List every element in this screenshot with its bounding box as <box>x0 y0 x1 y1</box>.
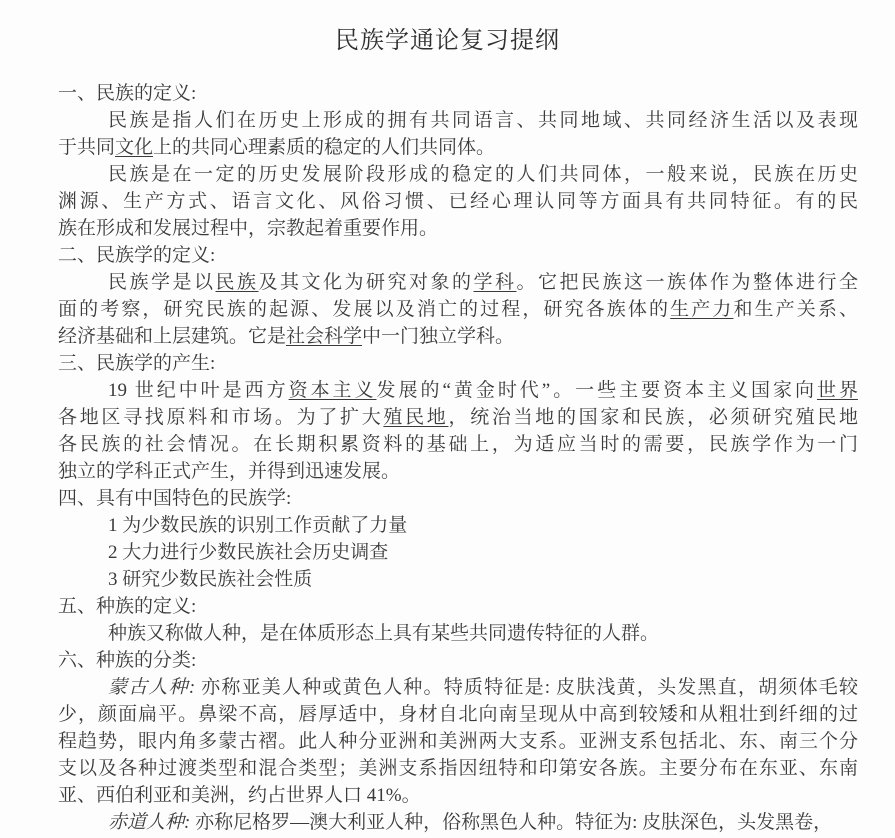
text-line: 种族又称做人种，是在体质形态上具有某些共同遗传特征的人群。 <box>58 620 858 647</box>
text-segment: 种族又称做人种，是在体质形态上具有某些共同遗传特征的人群。 <box>108 623 659 644</box>
text-line: 19 世纪中叶是西方资本主义发展的“黄金时代”。一些主要资本主义国家向世界 <box>58 377 858 404</box>
text-line: 各民族的社会情况。在长期积累资料的基础上，为适应当时的需要，民族学作为一门 <box>58 431 858 458</box>
text-line: 支以及各种过渡类型和混合类型；美洲支系指因纽特和印第安各族。主要分布在东亚、东南 <box>58 755 858 782</box>
text-segment: 独立的学科正式产生，并得到迅速发展。 <box>58 461 400 482</box>
text-segment: 。它把民族这一族体作为整体进行全 <box>516 272 857 293</box>
text-segment: 经济基础和上层建筑。它是 <box>58 326 286 347</box>
text-line: 赤道人种: 亦称尼格罗—澳大利亚人种，俗称黑色人种。特征为: 皮肤深色，头发黑卷… <box>58 809 858 836</box>
underlined-term: 资本主义 <box>289 380 377 401</box>
text-segment: 一、民族的定义: <box>58 83 196 104</box>
text-segment: 3 研究少数民族社会性质 <box>108 569 312 590</box>
text-segment: 及其文化为研究对象的 <box>259 272 474 293</box>
section-heading-line: 三、民族学的产生: <box>58 350 858 377</box>
text-segment: 支以及各种过渡类型和混合类型；美洲支系指因纽特和印第安各族。主要分布在东亚、东南 <box>58 758 858 779</box>
underlined-term: 生产力 <box>670 299 733 320</box>
text-line: 亚、西伯利亚和美洲，约占世界人口 41%。 <box>58 782 858 809</box>
text-segment: 各民族的社会情况。在长期积累资料的基础上，为适应当时的需要，民族学作为一门 <box>58 434 858 455</box>
underlined-term: 世界 <box>817 380 858 401</box>
document-title: 民族学通论复习提纲 <box>0 0 895 58</box>
underlined-term: 殖民地 <box>383 407 448 428</box>
underlined-term: 学科 <box>473 272 516 293</box>
text-line: 民族是指人们在历史上形成的拥有共同语言、共同地域、共同经济生活以及表现 <box>58 107 858 134</box>
section-heading-line: 一、民族的定义: <box>58 80 858 107</box>
text-line: 各地区寻找原料和市场。为了扩大殖民地，统治当地的国家和民族，必须研究殖民地 <box>58 404 858 431</box>
text-segment: 1 为少数民族的识别工作贡献了力量 <box>108 515 407 536</box>
text-segment: 民族是指人们在历史上形成的拥有共同语言、共同地域、共同经济生活以及表现 <box>108 110 858 131</box>
text-segment: 亦称尼格罗—澳大利亚人种，俗称黑色人种。特征为: 皮肤深色，头发黑卷， <box>190 812 832 833</box>
text-segment: 程趋势，眼内角多蒙古褶。此人种分亚洲和美洲两大支系。亚洲支系包括北、东、南三个分 <box>58 731 858 752</box>
text-segment: 六、种族的分类: <box>58 650 196 671</box>
section-heading-line: 二、民族学的定义: <box>58 242 858 269</box>
text-line: 程趋势，眼内角多蒙古褶。此人种分亚洲和美洲两大支系。亚洲支系包括北、东、南三个分 <box>58 728 858 755</box>
text-segment: 族在形成和发展过程中，宗教起着重要作用。 <box>58 218 438 239</box>
text-segment: 渊源、生产方式、语言文化、风俗习惯、已经心理认同等方面具有共同特征。有的民 <box>58 191 858 212</box>
text-line: 1 为少数民族的识别工作贡献了力量 <box>58 512 858 539</box>
text-segment: 少，颜面扁平。鼻梁不高，唇厚适中，身材自北向南呈现从中高到较矮和从粗壮到纤细的过 <box>58 704 858 725</box>
text-segment: 和生产关系、 <box>733 299 858 320</box>
text-line: 民族是在一定的历史发展阶段形成的稳定的人们共同体，一般来说，民族在历史 <box>58 161 858 188</box>
document-body: 一、民族的定义:民族是指人们在历史上形成的拥有共同语言、共同地域、共同经济生活以… <box>58 80 858 836</box>
text-segment: 上的共同心理素质的稳定的人们共同体。 <box>153 137 495 158</box>
underlined-term: 民族 <box>216 272 259 293</box>
underlined-term: 社会科学 <box>286 326 362 347</box>
section-heading-line: 四、具有中国特色的民族学: <box>58 485 858 512</box>
text-segment: 2 大力进行少数民族社会历史调查 <box>108 542 388 563</box>
text-segment: 亦称亚美人种或黄色人种。特质特征是: 皮肤浅黄，头发黑直，胡须体毛较 <box>195 677 858 698</box>
text-line: 经济基础和上层建筑。它是社会科学中一门独立学科。 <box>58 323 858 350</box>
section-heading-line: 五、种族的定义: <box>58 593 858 620</box>
text-line: 渊源、生产方式、语言文化、风俗习惯、已经心理认同等方面具有共同特征。有的民 <box>58 188 858 215</box>
underlined-term: 文化 <box>115 137 153 158</box>
text-segment: 于共同 <box>58 137 115 158</box>
text-line: 于共同文化上的共同心理素质的稳定的人们共同体。 <box>58 134 858 161</box>
text-line: 3 研究少数民族社会性质 <box>58 566 858 593</box>
text-segment: 民族学是以 <box>108 272 216 293</box>
text-line: 2 大力进行少数民族社会历史调查 <box>58 539 858 566</box>
text-line: 面的考察，研究民族的起源、发展以及消亡的过程，研究各族体的生产力和生产关系、 <box>58 296 858 323</box>
text-segment: 民族是在一定的历史发展阶段形成的稳定的人们共同体，一般来说，民族在历史 <box>108 164 858 185</box>
text-segment: ，统治当地的国家和民族，必须研究殖民地 <box>449 407 858 428</box>
italic-term: 蒙古人种: <box>108 677 195 698</box>
text-segment: 亚、西伯利亚和美洲，约占世界人口 41%。 <box>58 785 421 806</box>
text-segment: 中一门独立学科。 <box>362 326 514 347</box>
text-line: 民族学是以民族及其文化为研究对象的学科。它把民族这一族体作为整体进行全 <box>58 269 858 296</box>
text-segment: 19 世纪中叶是西方 <box>108 380 289 401</box>
text-segment: 发展的“黄金时代”。一些主要资本主义国家向 <box>377 380 817 401</box>
italic-term: 赤道人种: <box>108 812 190 833</box>
text-segment: 三、民族学的产生: <box>58 353 215 374</box>
text-segment: 各地区寻找原料和市场。为了扩大 <box>58 407 383 428</box>
text-line: 族在形成和发展过程中，宗教起着重要作用。 <box>58 215 858 242</box>
text-segment: 四、具有中国特色的民族学: <box>58 488 291 509</box>
section-heading-line: 六、种族的分类: <box>58 647 858 674</box>
document-page: 民族学通论复习提纲 一、民族的定义:民族是指人们在历史上形成的拥有共同语言、共同… <box>0 0 895 838</box>
text-segment: 五、种族的定义: <box>58 596 196 617</box>
text-segment: 二、民族学的定义: <box>58 245 215 266</box>
text-line: 少，颜面扁平。鼻梁不高，唇厚适中，身材自北向南呈现从中高到较矮和从粗壮到纤细的过 <box>58 701 858 728</box>
text-line: 蒙古人种: 亦称亚美人种或黄色人种。特质特征是: 皮肤浅黄，头发黑直，胡须体毛较 <box>58 674 858 701</box>
text-line: 独立的学科正式产生，并得到迅速发展。 <box>58 458 858 485</box>
text-segment: 面的考察，研究民族的起源、发展以及消亡的过程，研究各族体的 <box>58 299 670 320</box>
